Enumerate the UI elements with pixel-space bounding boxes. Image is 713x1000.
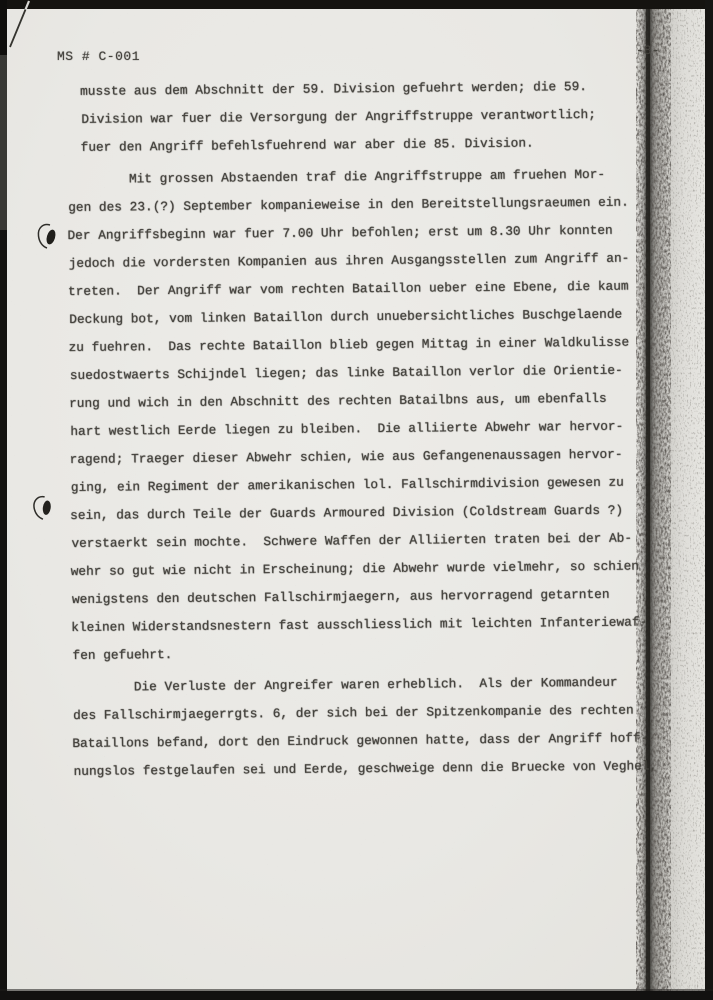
- text-line: Division war fuer die Versorgung der Ang…: [81, 106, 667, 140]
- margin-annotation-mark: [27, 491, 61, 530]
- scan-border-top: [0, 0, 713, 9]
- text-line: jedoch die vordersten Kompanien aus ihre…: [69, 250, 669, 284]
- paragraph: Mit grossen Abstaenden traf die Angriffs…: [67, 166, 672, 676]
- text-line: verstaerkt sein mochte. Schwere Waffen d…: [71, 530, 671, 564]
- text-line: wenigstens den deutschen Fallschirmjaege…: [72, 586, 672, 620]
- text-line: ging, ein Regiment der amerikanischen lo…: [71, 474, 671, 508]
- page-number: -8-: [636, 43, 659, 58]
- paragraph: Die Verluste der Angreifer waren erhebli…: [72, 674, 673, 792]
- text-line: des Fallschirmjaegerrgts. 6, der sich be…: [73, 702, 673, 736]
- paragraph: musste aus dem Abschnitt der 59. Divisio…: [66, 78, 667, 168]
- text-line: gen des 23.(?) September kompanieweise i…: [68, 194, 668, 228]
- text-block: musste aus dem Abschnitt der 59. Divisio…: [66, 78, 673, 792]
- text-line: fuer den Angriff befehlsfuehrend war abe…: [81, 134, 667, 168]
- text-line: hart westlich Eerde liegen zu bleiben. D…: [70, 418, 670, 452]
- text-line: Deckung bot, vom linken Bataillon durch …: [69, 306, 669, 340]
- margin-annotation-mark: [33, 220, 63, 256]
- scanned-page: MS # C-001 -8- musste aus dem Abschnitt …: [0, 0, 713, 1000]
- text-line: fen gefuehrt.: [72, 642, 672, 676]
- scan-border-right: [705, 0, 713, 1000]
- scan-border-bottom: [0, 991, 713, 1000]
- text-line: suedostwaerts Schijndel liegen; das link…: [70, 362, 670, 396]
- corner-slash-mark: [0, 0, 50, 60]
- manuscript-id: MS # C-001: [57, 49, 140, 64]
- text-line: nungslos festgelaufen sei und Eerde, ges…: [74, 758, 674, 792]
- scan-border-left: [0, 0, 7, 1000]
